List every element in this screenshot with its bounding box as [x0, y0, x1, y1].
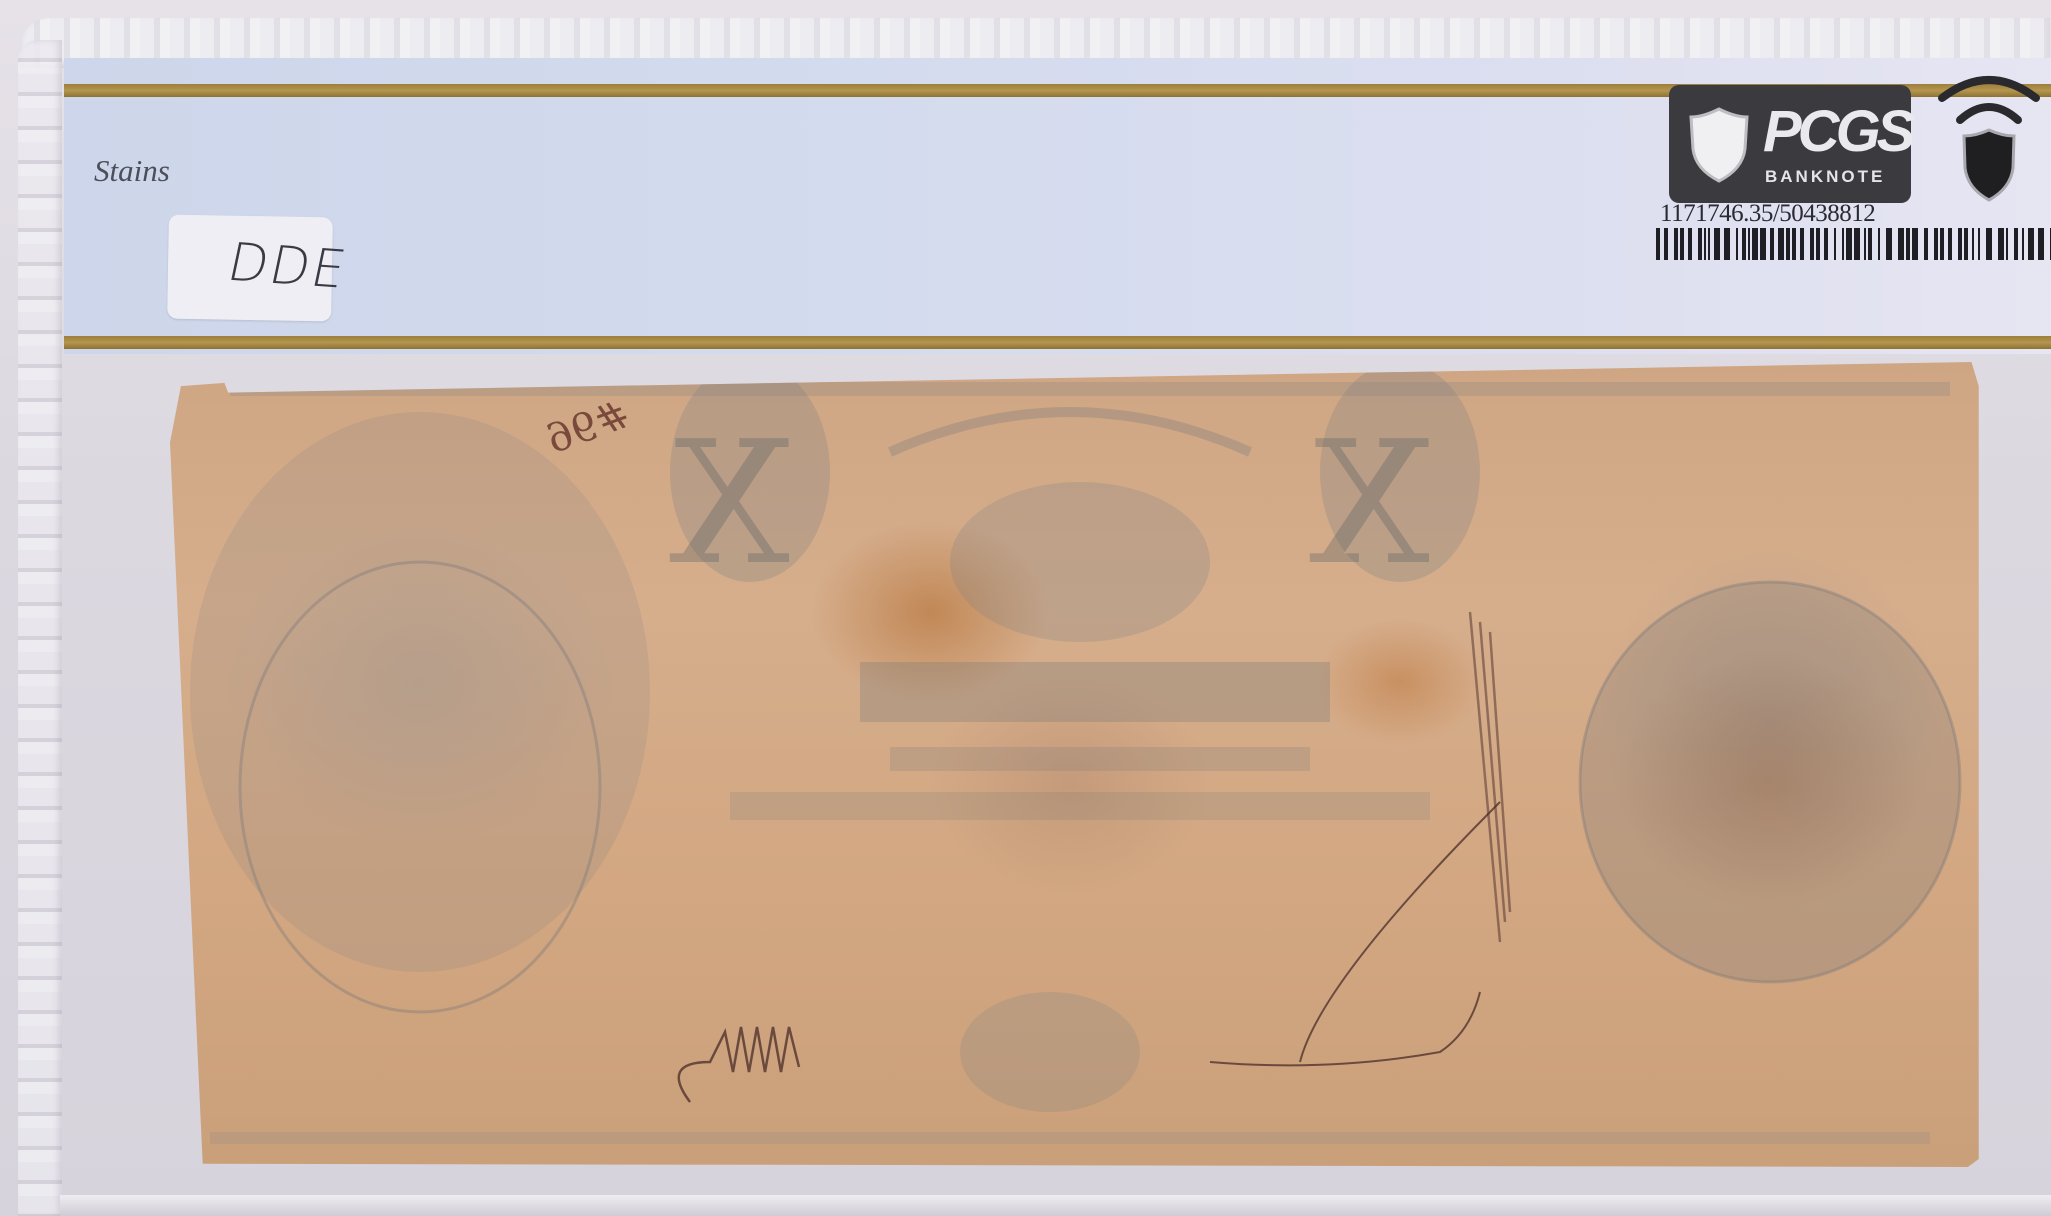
logo-wordmark: PCGS [1763, 103, 1911, 161]
svg-text:X: X [669, 405, 790, 603]
nfc-shield-icon [1934, 68, 2044, 208]
label-gold-bar-bottom [64, 336, 2051, 349]
grading-label: Stains DDE PCGS BANKNOTE 1171746.35/5043… [64, 58, 2051, 354]
svg-text:X: X [1309, 405, 1430, 603]
cert-number: 1171746.35/50438812 [1660, 200, 1875, 228]
banknote-engraving: X X [170, 362, 1986, 1167]
logo-subtitle: BANKNOTE [1765, 167, 1885, 187]
barcode [1656, 228, 2051, 260]
holder-rim-bottom [60, 1195, 2051, 1216]
pcgs-holder: Stains DDE PCGS BANKNOTE 1171746.35/5043… [0, 0, 2051, 1216]
pcgs-logo: PCGS BANKNOTE [1669, 85, 1911, 203]
dealer-sticker: DDE [167, 215, 333, 322]
sticker-text: DDE [222, 233, 352, 301]
holder-rim-left [18, 40, 62, 1216]
shield-icon [1687, 105, 1751, 185]
banknote: X X #96 [170, 362, 1986, 1167]
label-comment: Stains [94, 153, 170, 189]
